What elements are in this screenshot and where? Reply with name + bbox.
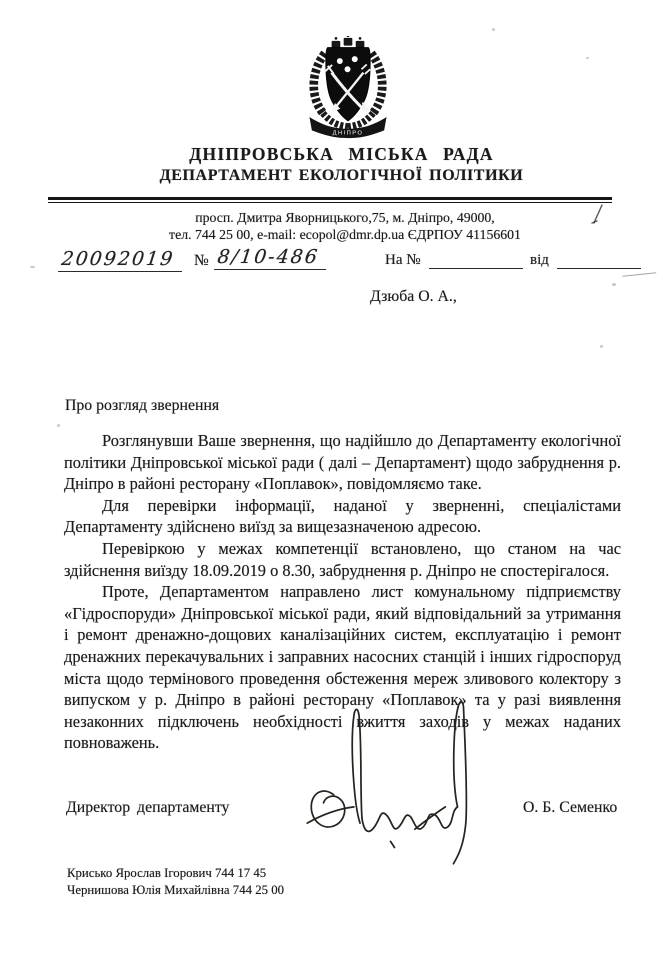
scan-speck: [57, 424, 60, 427]
addressee-name: Дзюба О. А.,: [370, 288, 457, 306]
header-divider-rule: [48, 197, 612, 203]
outgoing-date-handwritten: 20092019: [58, 248, 185, 272]
org-name-line2: ДЕПАРТАМЕНТ ЕКОЛОГІЧНОЇ ПОЛІТИКИ: [20, 166, 663, 186]
incoming-date-blank-line: [557, 252, 641, 269]
executor-contact: Крисько Ярослав Ігорович 744 17 45: [67, 865, 284, 882]
executor-contact: Чернишова Юлія Михайлівна 744 25 00: [67, 882, 284, 899]
subject-line: Про розгляд звернення: [65, 397, 219, 415]
org-contacts-line: тел. 744 25 00, e-mail: ecopol@dmr.dp.ua…: [30, 226, 660, 243]
executors-block: Крисько Ярослав Ігорович 744 17 45 Черни…: [67, 865, 284, 898]
body-paragraph: Для перевірки інформації, наданої у звер…: [64, 495, 621, 538]
body-paragraph: Перевіркою у межах компетенції встановле…: [64, 538, 621, 581]
dnipro-coat-of-arms-emblem: ДНІПРО: [299, 36, 397, 142]
body-paragraph: Розглянувши Ваше звернення, що надійшло …: [64, 430, 621, 495]
scan-speck: [30, 266, 35, 268]
outgoing-number-handwritten: 8/10-486: [214, 246, 329, 270]
letter-page: { "document": { "header": { "emblem_name…: [0, 0, 663, 960]
signer-name: О. Б. Семенко: [523, 799, 617, 817]
emblem-ribbon-label: ДНІПРО: [333, 130, 364, 136]
signature-scribble: [293, 693, 491, 871]
pen-mark-artifact: [590, 203, 606, 229]
incoming-date-label: від: [530, 252, 549, 269]
incoming-number-label: На №: [385, 252, 421, 269]
scan-speck: [600, 345, 603, 348]
scan-speck: [586, 57, 589, 59]
org-address-line: просп. Дмитра Яворницького,75, м. Дніпро…: [30, 209, 660, 226]
signer-position-title: Директор департаменту: [66, 799, 229, 817]
scan-speck: [612, 283, 616, 286]
number-sign-label: №: [194, 252, 209, 270]
scan-speck: [492, 28, 495, 31]
emblem-crown-icon: [332, 36, 365, 48]
org-name-line1: ДНІПРОВСЬКА МІСЬКА РАДА: [20, 144, 663, 164]
incoming-number-blank-line: [429, 252, 523, 269]
